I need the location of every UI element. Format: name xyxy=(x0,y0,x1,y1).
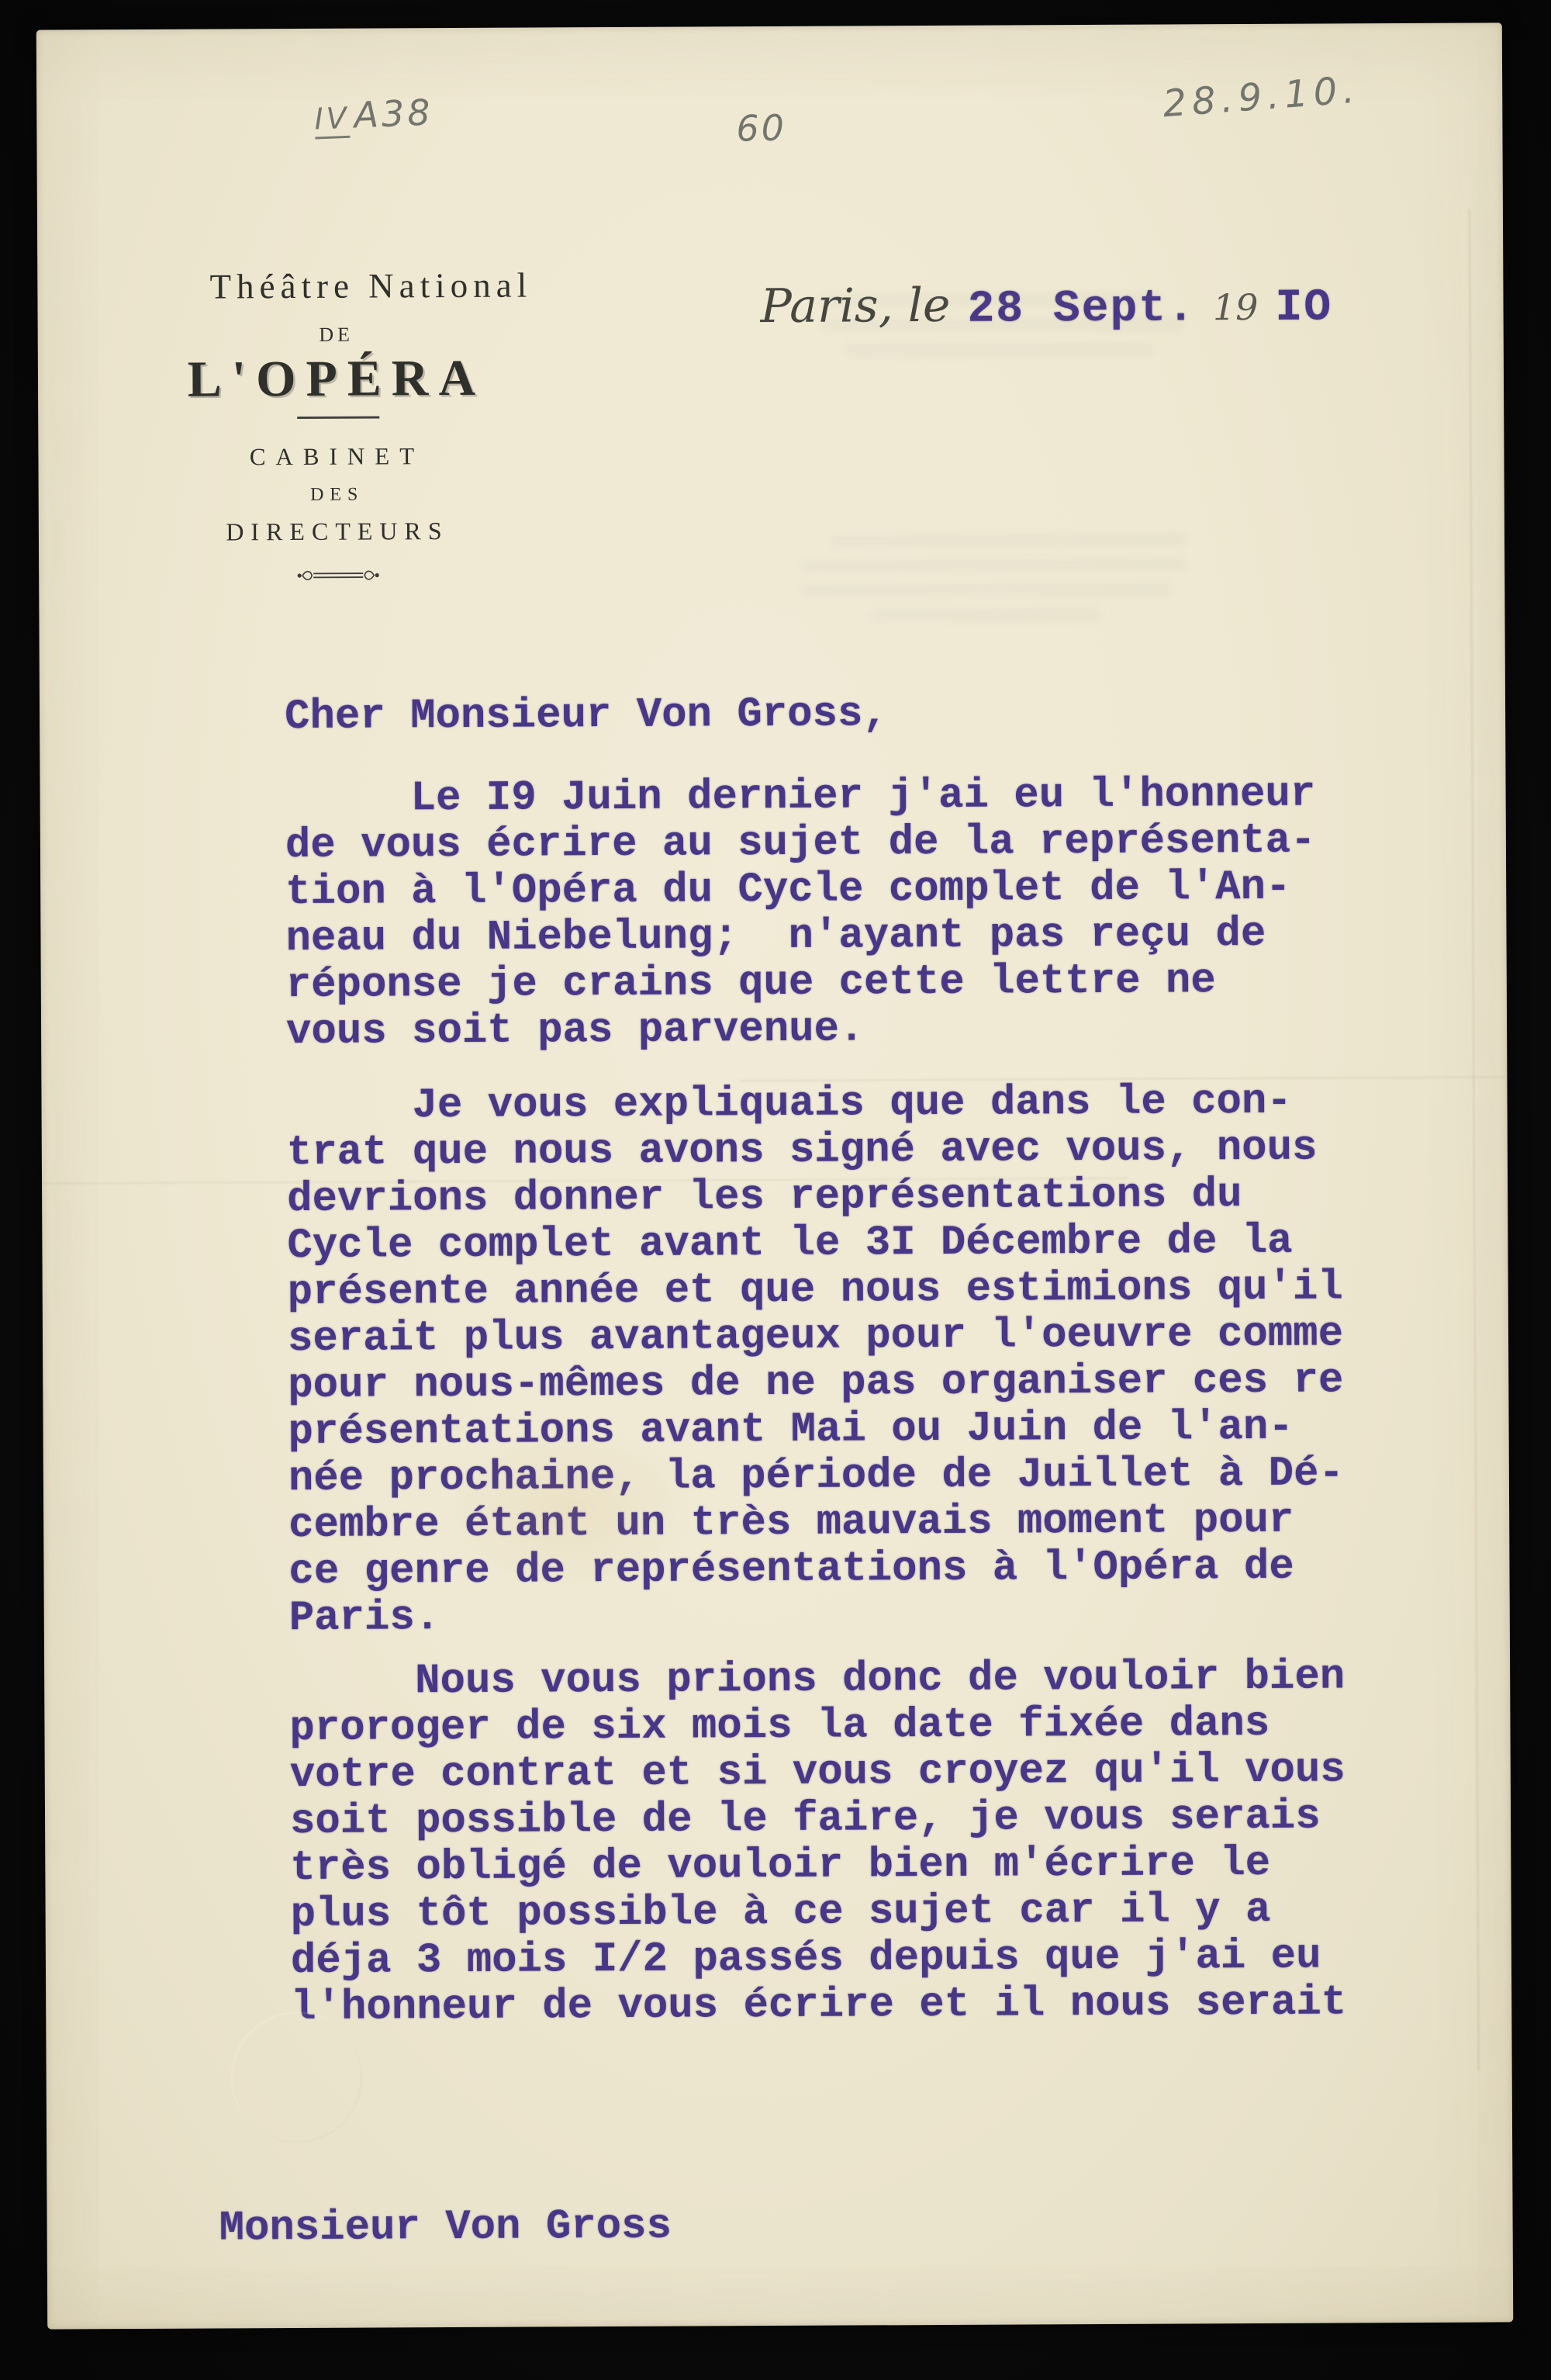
letterhead-theatre-national: Théâtre National xyxy=(196,265,545,306)
pencil-classmark-roman: IV xyxy=(314,101,351,140)
letterhead-directeurs: DIRECTEURS xyxy=(167,517,508,547)
pencil-classmark-rest: A38 xyxy=(353,91,434,136)
bleed-through-text xyxy=(799,521,1203,635)
letterhead-de: DE xyxy=(166,323,507,348)
pencil-number: 60 xyxy=(736,106,787,149)
paper-stain xyxy=(447,1424,696,1596)
typed-year: IO xyxy=(1275,282,1332,333)
letterhead-ornament-icon xyxy=(295,565,382,586)
pencil-date-note: 28.9.10. xyxy=(1161,67,1361,126)
bleed-through-text xyxy=(820,280,1193,368)
fold-crease-vertical xyxy=(1469,209,1480,2071)
letterhead-rule xyxy=(297,416,379,419)
salutation: Cher Monsieur Von Gross, xyxy=(285,691,888,741)
letterhead-cabinet: CABINET xyxy=(166,442,507,472)
printed-year-prefix: 19 xyxy=(1213,286,1259,328)
addressee-line: Monsieur Von Gross xyxy=(219,2204,672,2253)
paragraph-1: Le I9 Juin dernier j'ai eu l'honneur de … xyxy=(285,772,1316,1056)
paragraph-2: Je vous expliquais que dans le con- trat… xyxy=(286,1078,1345,1642)
embossed-stamp xyxy=(230,2012,363,2144)
pencil-classmark: IVA38 xyxy=(313,91,434,137)
letterhead-des: DES xyxy=(167,484,508,507)
letter-paper: IVA38 60 28.9.10. Théâtre National DE L'… xyxy=(36,22,1513,2329)
paragraph-3: Nous vous prions donc de vouloir bien pr… xyxy=(289,1654,1346,2032)
letterhead-lopera: L'OPÉRA xyxy=(166,349,507,410)
scan-background: IVA38 60 28.9.10. Théâtre National DE L'… xyxy=(0,0,1551,2380)
